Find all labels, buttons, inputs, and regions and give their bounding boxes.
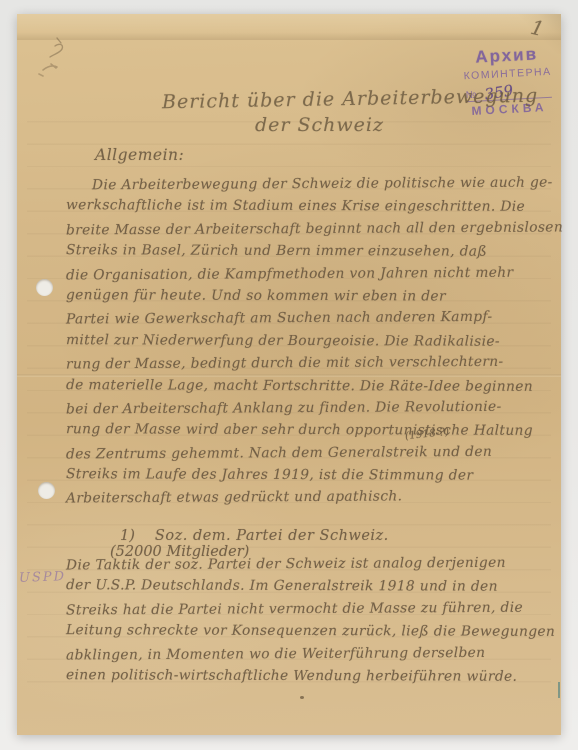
edge-ink-mark	[558, 682, 560, 698]
document-title-line2: der Schweiz	[255, 114, 384, 136]
handwritten-line: bei der Arbeiterschaft Anklang zu finden…	[66, 395, 544, 420]
handwritten-line: Streiks in Basel, Zürich und Bern immer …	[66, 239, 544, 263]
margin-note: USPD	[19, 569, 67, 586]
handwritten-line: Arbeiterschaft etwas gedrückt und apathi…	[66, 485, 544, 510]
document-page: 1 Архив КОМИНТЕРНА № 359 МОСКВА Bericht …	[17, 14, 561, 735]
general-paragraph: Die Arbeiterbewegung der Schweiz die pol…	[66, 173, 544, 509]
handwritten-line: abklingen, in Momenten wo die Weiterführ…	[66, 641, 544, 666]
handwritten-line: Streiks hat die Partei nicht vermocht di…	[66, 596, 544, 621]
pencil-scribble-icon	[35, 32, 91, 92]
handwritten-line: Partei wie Gewerkschaft am Suchen nach a…	[66, 306, 544, 331]
punch-hole-top	[36, 279, 53, 296]
handwritten-line: mittel zur Niederwerfung der Bourgeoisie…	[66, 329, 544, 353]
top-fold-crease	[17, 14, 561, 40]
handwritten-line: werkschaftliche ist im Stadium eines Kri…	[66, 195, 544, 219]
paper-speck	[300, 696, 304, 699]
punch-hole-bottom	[38, 482, 55, 499]
handwritten-line: de materielle Lage, macht Fortschritte. …	[66, 374, 544, 398]
handwritten-line: rung der Masse, bedingt durch die mit si…	[66, 351, 544, 376]
party-section-number: 1)	[120, 528, 135, 544]
handwritten-line: des Zentrums gehemmt. Nach dem Generalst…	[66, 440, 544, 465]
handwritten-line: der U.S.P. Deutschlands. Im Generalstrei…	[66, 575, 544, 599]
party-paragraph: Die Taktik der soz. Partei der Schweiz i…	[66, 553, 544, 687]
section-general-heading: Allgemein:	[95, 146, 184, 164]
handwritten-line: die Organisation, die Kampfmethoden von …	[66, 261, 544, 286]
handwritten-line: breite Masse der Arbeiterschaft beginnt …	[66, 216, 544, 241]
handwritten-line: Die Taktik der soz. Partei der Schweiz i…	[66, 552, 544, 577]
handwritten-line: genügen für heute. Und so kommen wir ebe…	[66, 284, 544, 308]
handwritten-line: Die Arbeiterbewegung der Schweiz die pol…	[66, 172, 544, 197]
handwritten-line: einen politisch-wirtschaftliche Wendung …	[66, 664, 544, 688]
handwritten-line: rung der Masse wird aber sehr durch oppo…	[66, 418, 544, 442]
handwritten-line: Leitung schreckte vor Konsequenzen zurüc…	[66, 619, 544, 643]
party-section-title: Soz. dem. Partei der Schweiz.	[155, 528, 389, 544]
handwritten-line: Streiks im Laufe des Jahres 1919, ist di…	[66, 463, 544, 487]
